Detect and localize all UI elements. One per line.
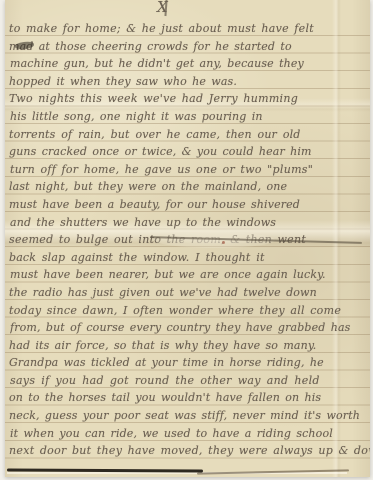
- letter-line: the radio has just given out we've had t…: [9, 284, 370, 302]
- letter-line: Two nights this week we've had Jerry hum…: [9, 90, 370, 108]
- stain-speck: [222, 241, 225, 244]
- letter-line: on to the horses tail you wouldn't have …: [9, 389, 370, 407]
- letter-line: must have been nearer, but we are once a…: [10, 266, 371, 284]
- letter-line: torrents of rain, but over he came, then…: [9, 126, 370, 144]
- letter-line: had its air force, so that is why they h…: [9, 337, 370, 355]
- letter-line: guns cracked once or twice, & you could …: [9, 143, 370, 161]
- letter-line: from, but of course every country they h…: [10, 319, 371, 337]
- letter-line: machine gun, but he didn't get any, beca…: [10, 55, 371, 73]
- letter-line: to make for home; & he just about must h…: [9, 20, 370, 38]
- letter-line: Grandpa was tickled at your time in hors…: [9, 354, 370, 372]
- letter-line: must have been a beauty, for our house s…: [9, 196, 370, 214]
- letter-line: hopped it when they saw who he was.: [9, 73, 370, 91]
- letter-line: turn off for home, he gave us one or two…: [10, 161, 371, 179]
- letter-line: next door but they have moved, they were…: [9, 442, 370, 460]
- letter-line: last night, but they were on the mainlan…: [9, 178, 370, 196]
- letter-line: today since dawn, I often wonder where t…: [9, 302, 370, 320]
- letter-line: mad at those cheering crowds for he star…: [9, 38, 370, 56]
- letter-line: says if you had got round the other way …: [10, 372, 371, 390]
- letter-paper: X to make for home; & he just about must…: [5, 0, 370, 477]
- letter-line: his little song, one night it was pourin…: [10, 108, 371, 126]
- letter-line: and the shutters we have up to the windo…: [10, 214, 371, 232]
- letter-line: it when you can ride, we used to have a …: [10, 425, 371, 443]
- letter-line: neck, guess your poor seat was stiff, ne…: [9, 407, 370, 425]
- letter-line: back slap against the window. I thought …: [9, 249, 370, 267]
